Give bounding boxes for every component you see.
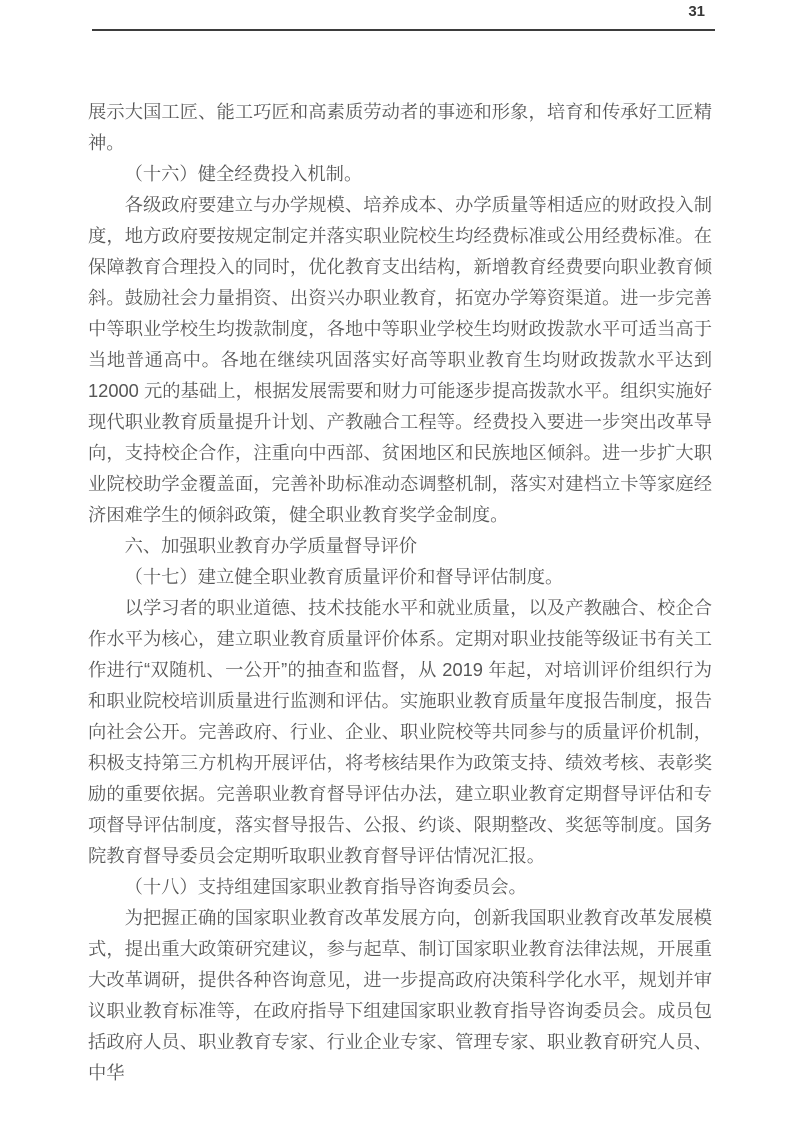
paragraph-advisory-committee: 为把握正确的国家职业教育改革发展方向，创新我国职业教育改革发展模式，提出重大政策… xyxy=(88,902,712,1088)
document-body: 展示大国工匠、能工巧匠和高素质劳动者的事迹和形象，培育和传承好工匠精神。 （十六… xyxy=(88,96,712,1088)
paragraph-funding-investment: 各级政府要建立与办学规模、培养成本、办学质量等相适应的财政投入制度，地方政府要按… xyxy=(88,189,712,530)
document-page: 31 展示大国工匠、能工巧匠和高素质劳动者的事迹和形象，培育和传承好工匠精神。 … xyxy=(0,0,793,1122)
heading-item-17-evaluation-system: （十七）建立健全职业教育质量评价和督导评估制度。 xyxy=(88,561,712,592)
page-number: 31 xyxy=(92,3,715,21)
heading-section-6-quality-supervision: 六、加强职业教育办学质量督导评价 xyxy=(88,530,712,561)
heading-item-18-advisory-committee: （十八）支持组建国家职业教育指导咨询委员会。 xyxy=(88,871,712,902)
page-header: 31 xyxy=(92,0,715,31)
header-rule xyxy=(92,29,715,31)
heading-item-16-funding-mechanism: （十六）健全经费投入机制。 xyxy=(88,158,712,189)
paragraph-craftsman-spirit-continuation: 展示大国工匠、能工巧匠和高素质劳动者的事迹和形象，培育和传承好工匠精神。 xyxy=(88,96,712,158)
paragraph-quality-evaluation: 以学习者的职业道德、技术技能水平和就业质量，以及产教融合、校企合作水平为核心，建… xyxy=(88,592,712,871)
